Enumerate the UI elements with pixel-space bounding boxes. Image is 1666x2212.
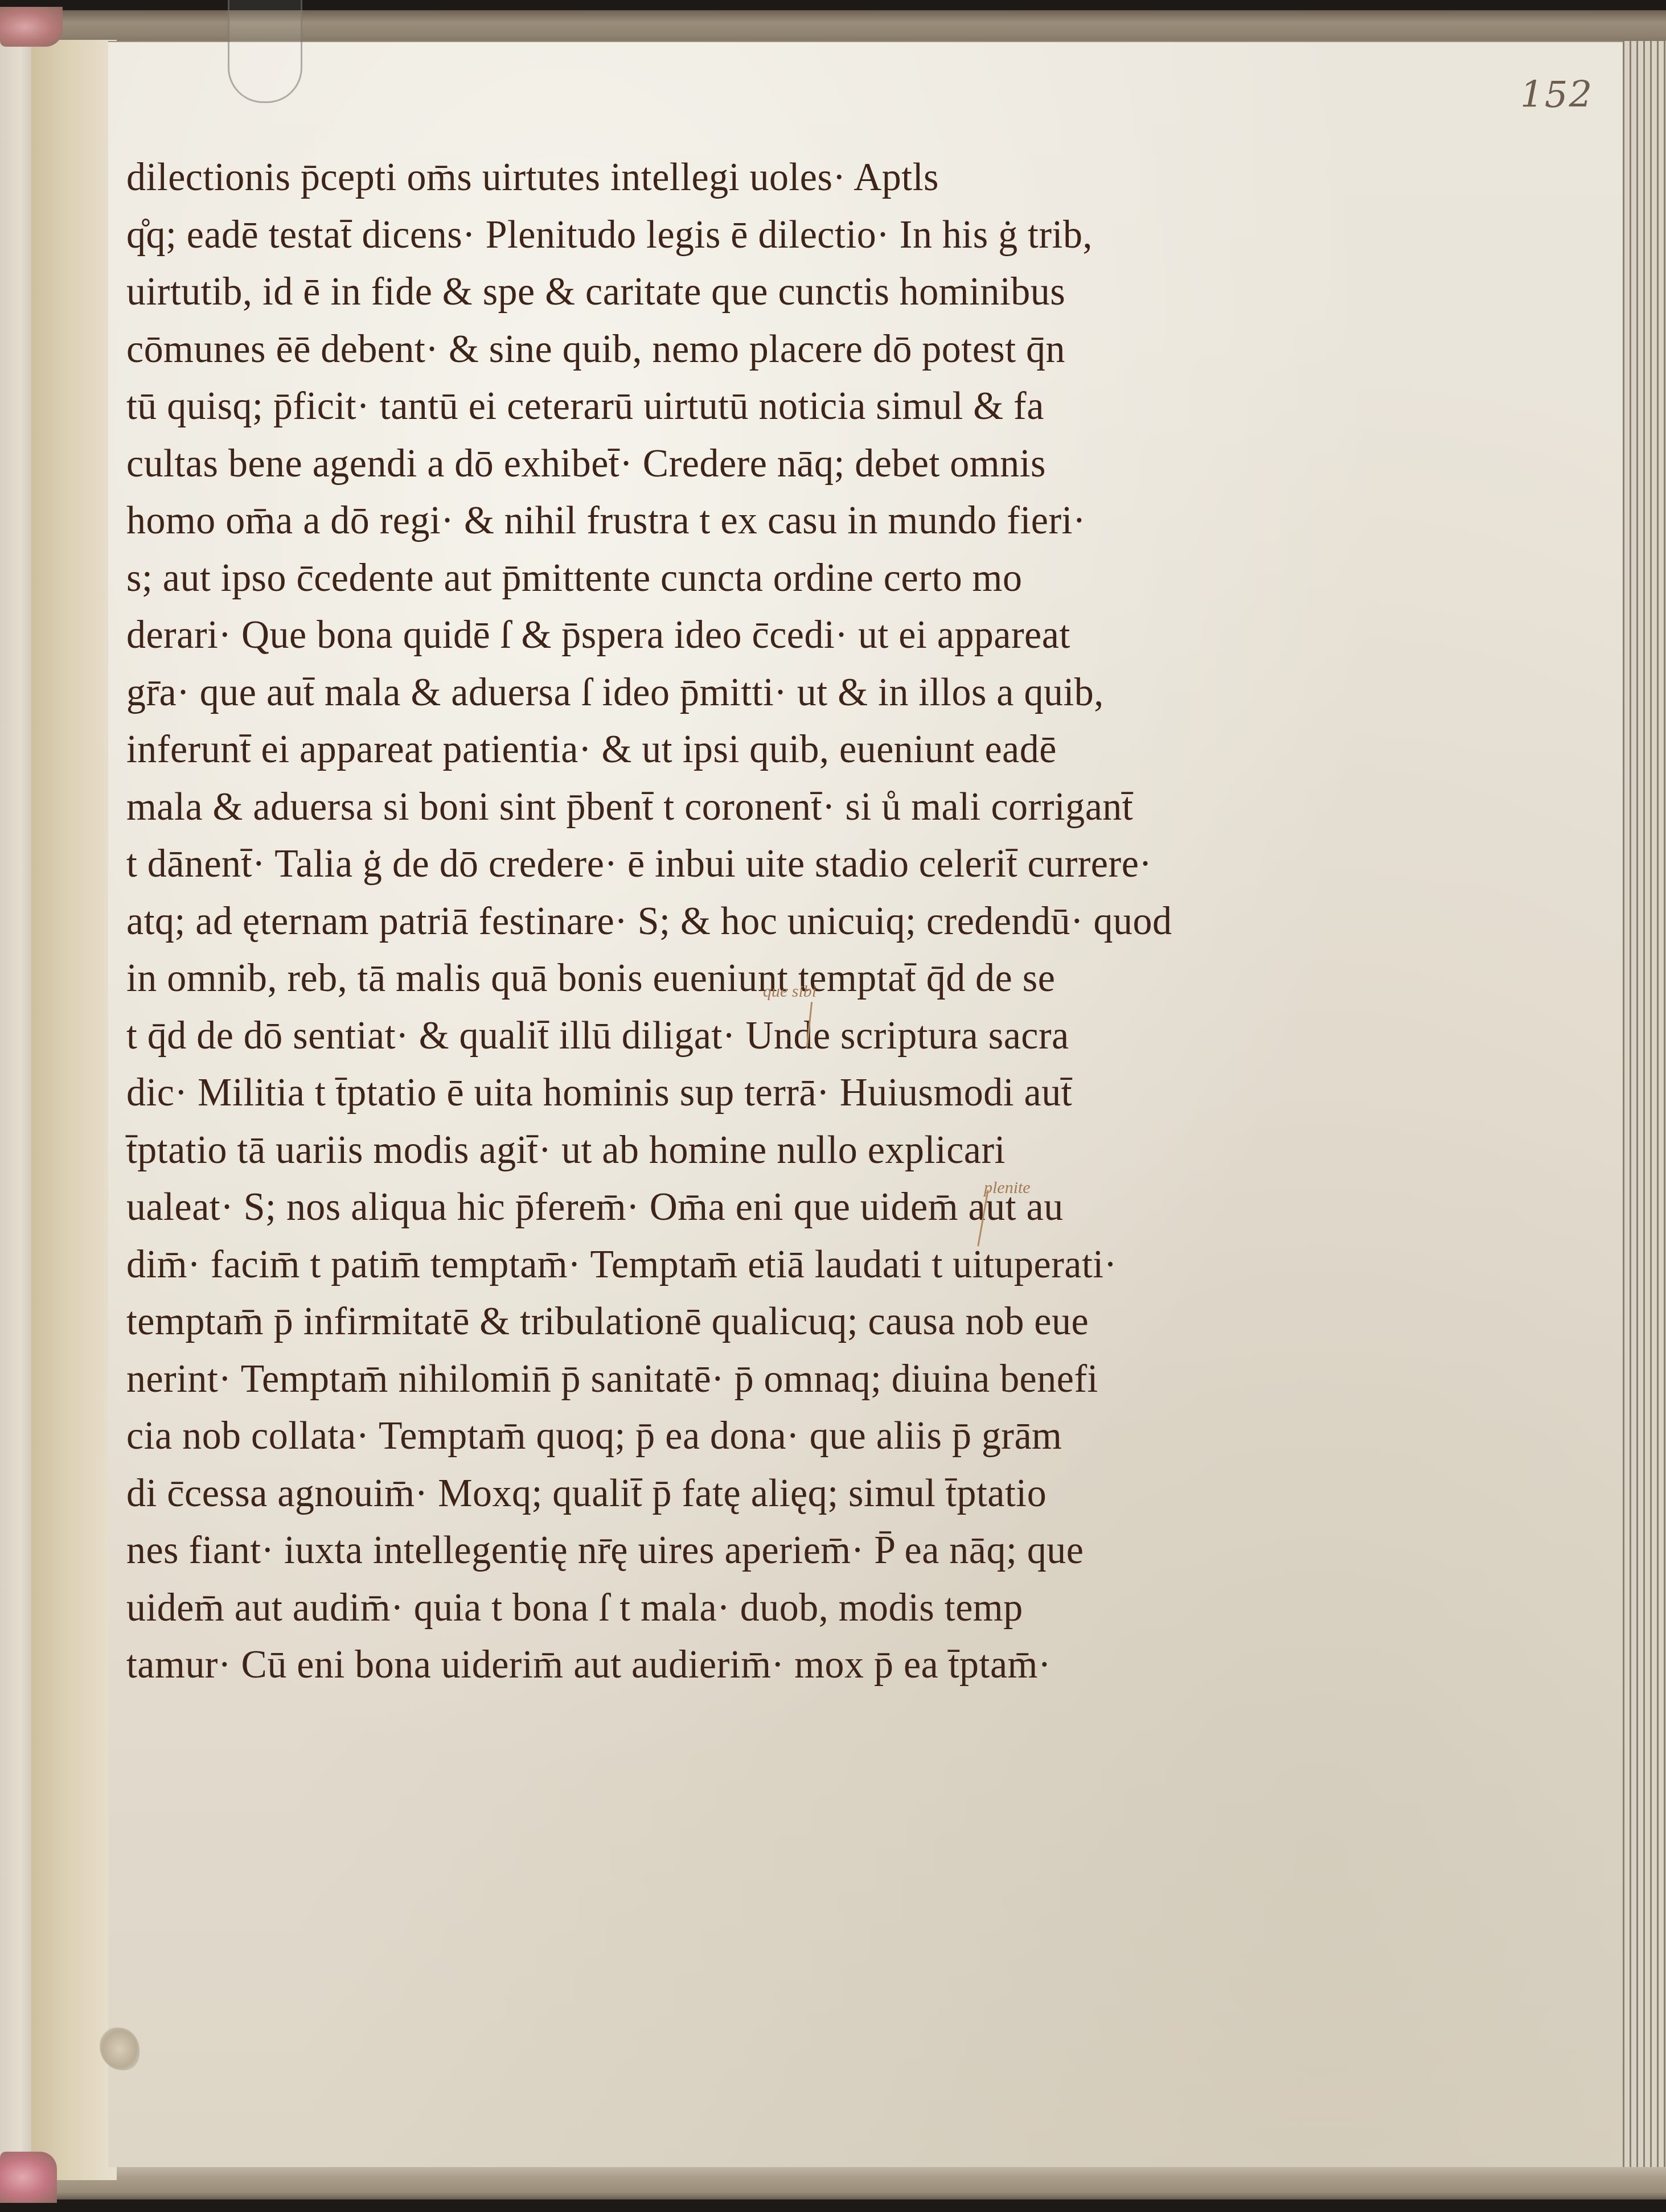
fore-edge — [1623, 41, 1666, 2167]
text-line: nerint· Temptam̄ nihilomin̄ p̄ sanitatē·… — [126, 1351, 1453, 1408]
text-line: t q̄d de dō sentiat· & qualit̄ illū dili… — [126, 1008, 1453, 1065]
ribbon-remnant-top — [0, 7, 63, 47]
text-line: dilectionis p̄cepti om̄s uirtutes intell… — [126, 149, 1453, 207]
text-line: dic· Militia t t̄ptatio ē uita hominis s… — [126, 1064, 1453, 1122]
gutter-fold — [31, 40, 117, 2180]
interlinear-gloss: que sibi — [763, 982, 816, 1001]
interlinear-gloss: plenite — [984, 1178, 1031, 1198]
main-text-block: dilectionis p̄cepti om̄s uirtutes intell… — [126, 149, 1493, 1694]
text-line: s; aut ipso c̄cedente aut p̄mittente cun… — [126, 550, 1453, 607]
text-line: tū quisq; p̄ficit· tantū ei ceterarū uir… — [126, 378, 1453, 435]
text-line: di c̄cessa agnouim̄· Moxq; qualit̄ p̄ fa… — [126, 1465, 1453, 1523]
text-line: atq; ad ęternam patriā festinare· S; & h… — [126, 893, 1453, 951]
text-line: temptam̄ p̄ infirmitatē & tribulationē q… — [126, 1293, 1453, 1351]
text-line: uidem̄ aut audim̄· quia t bona ſ t mala·… — [126, 1580, 1453, 1637]
text-line: ualeat· S; nos aliqua hic p̄ferem̄· Om̄a… — [126, 1179, 1453, 1236]
text-line: tamur· Cū eni bona uiderim̄ aut audierim… — [126, 1637, 1453, 1694]
text-line: dim̄· facim̄ t patim̄ temptam̄· Temptam̄… — [126, 1236, 1453, 1294]
bottom-binding-edge — [0, 2163, 1666, 2199]
text-line: mala & aduersa si boni sint p̄bent̄ t co… — [126, 779, 1453, 836]
text-line: cōmunes ēē debent· & sine quib, nemo pla… — [126, 321, 1453, 379]
text-line: gr̄a· que aut̄ mala & aduersa ſ ideo p̄m… — [126, 664, 1453, 722]
folio-number: 152 — [1520, 74, 1593, 116]
text-line: uirtutib, id ē in fide & spe & caritate … — [126, 264, 1453, 321]
text-line: t dānent̄· Talia ġ de dō credere· ē inbu… — [126, 836, 1453, 893]
text-line: cultas bene agendi a dō exhibet̄· Creder… — [126, 435, 1453, 493]
clear-plastic-clip — [228, 0, 302, 103]
text-line: t̄ptatio tā uariis modis agit̄· ut ab ho… — [126, 1122, 1453, 1179]
gutter — [0, 40, 34, 2180]
text-line: derari· Que bona quidē ſ & p̄spera ideo … — [126, 607, 1453, 664]
ribbon-remnant-bottom — [0, 2152, 57, 2203]
text-line: nes fiant· iuxta intellegentię nr̄ę uire… — [126, 1522, 1453, 1580]
text-line: inferunt̄ ei appareat patientia· & ut ip… — [126, 721, 1453, 779]
text-line: cia nob collata· Temptam̄ quoq; p̄ ea do… — [126, 1408, 1453, 1465]
text-line: homo om̄a a dō regi· & nihil frustra t e… — [126, 492, 1453, 550]
text-line: q̊q; eadē testat̄ dicens· Plenitudo legi… — [126, 207, 1453, 264]
